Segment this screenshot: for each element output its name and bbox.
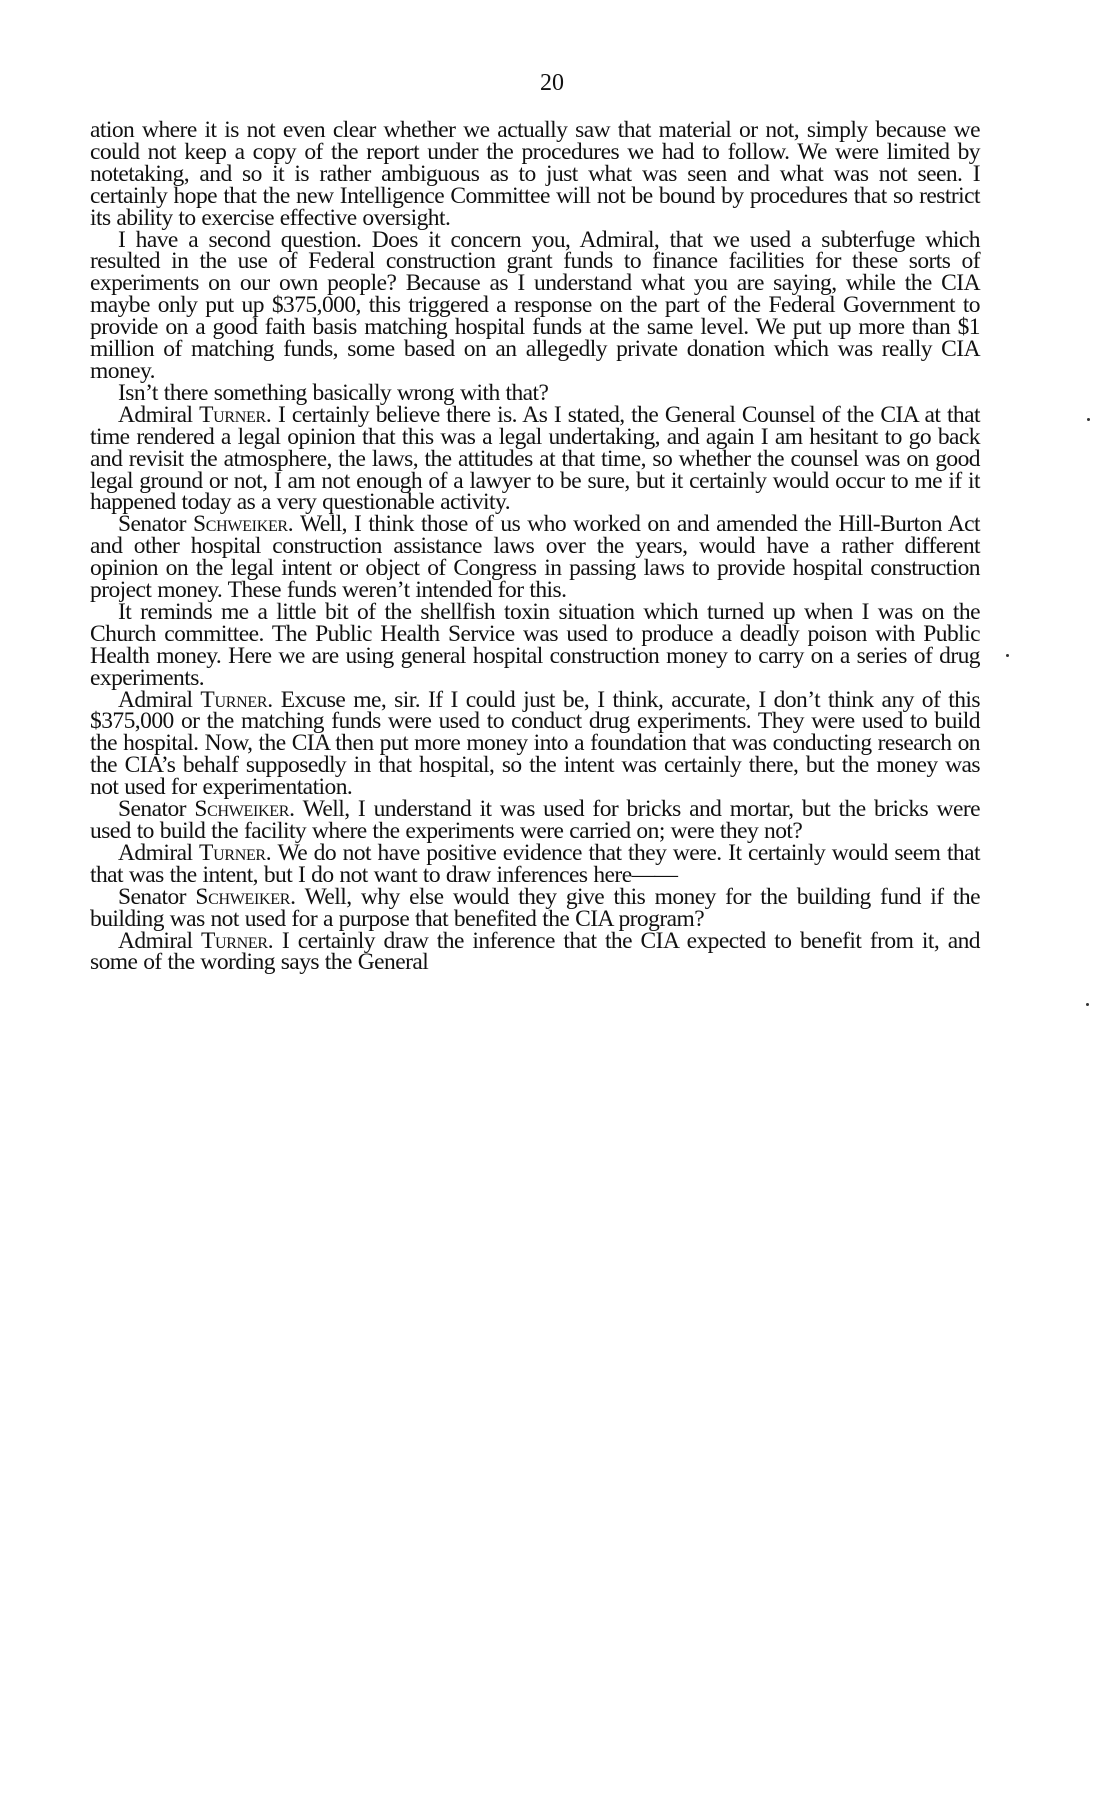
paragraph-text: ation where it is not even clear whether… bbox=[90, 117, 980, 231]
paragraph-second-question: I have a second question. Does it concer… bbox=[90, 230, 980, 383]
paragraph-text: It reminds me a little bit of the shellf… bbox=[90, 599, 980, 691]
paragraph-turner-4: Admiral Turner. I certainly draw the inf… bbox=[90, 931, 980, 975]
paragraph-continuation: ation where it is not even clear whether… bbox=[90, 120, 980, 230]
paragraph-schweiker-3: Senator Schweiker. Well, why else would … bbox=[90, 887, 980, 931]
paragraph-turner-1: Admiral Turner. I certainly believe ther… bbox=[90, 405, 980, 515]
paragraph-schweiker-2: Senator Schweiker. Well, I understand it… bbox=[90, 799, 980, 843]
paragraph-shellfish: It reminds me a little bit of the shellf… bbox=[90, 602, 980, 690]
page-number: 20 bbox=[0, 70, 1104, 97]
paragraph-turner-3: Admiral Turner. We do not have positive … bbox=[90, 843, 980, 887]
paragraph-turner-2: Admiral Turner. Excuse me, sir. If I cou… bbox=[90, 690, 980, 800]
paragraph-text: I have a second question. Does it concer… bbox=[90, 227, 980, 384]
transcript-body: ation where it is not even clear whether… bbox=[90, 120, 980, 974]
paragraph-schweiker-1: Senator Schweiker. Well, I think those o… bbox=[90, 514, 980, 602]
scan-speck bbox=[1086, 1003, 1089, 1006]
scan-speck bbox=[1006, 654, 1009, 657]
scan-speck bbox=[1087, 418, 1090, 421]
